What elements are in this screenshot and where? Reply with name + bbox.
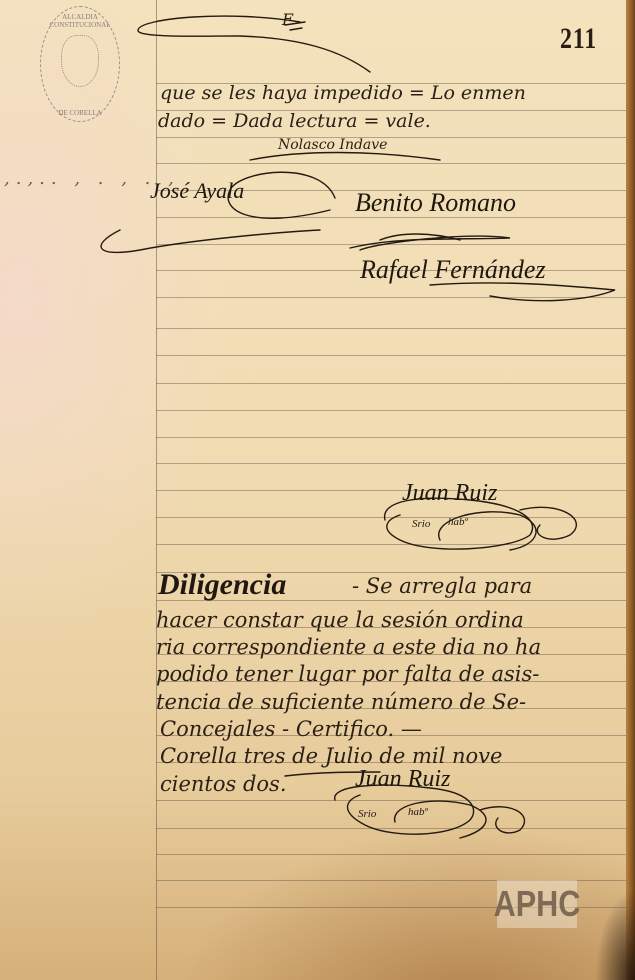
diligencia-line-2: hacer constar que la sesión ordina — [156, 608, 524, 632]
signature-jose-ayala: José Ayala — [150, 178, 244, 204]
ruled-line — [156, 544, 626, 545]
signature-juan-ruiz-1: Juan Ruiz — [402, 480, 497, 507]
signature-benito-romano: Benito Romano — [355, 188, 516, 218]
body-line-1: que se les haya impedido = Lo enmen — [160, 82, 526, 104]
ruled-line — [156, 163, 626, 164]
ruled-line — [156, 297, 626, 298]
signature-rafael-fernandez: Rafael Fernández — [360, 255, 546, 285]
stamp-top-text: ALCALDIA CONSTITUCIONAL — [41, 13, 119, 29]
signature-nolasco-indave: Nolasco Indave — [278, 137, 387, 153]
coat-of-arms-icon — [61, 35, 99, 87]
secretary-title-1: Srio — [412, 518, 430, 530]
ruled-line — [156, 244, 626, 245]
ruled-line — [156, 854, 626, 855]
ruled-line — [156, 437, 626, 438]
ruled-line — [156, 490, 626, 491]
ruled-line — [156, 355, 626, 356]
official-seal-stamp: ALCALDIA CONSTITUCIONAL DE CORELLA — [40, 6, 120, 122]
diligencia-line-6: Concejales - Certifico. — — [160, 717, 422, 741]
diligencia-line-7: Corella tres de Julio de mil nove — [160, 744, 502, 768]
diligencia-line-5: tencia de suficiente número de Se- — [156, 690, 526, 714]
page-number: 211 — [560, 22, 597, 56]
ruled-line — [156, 383, 626, 384]
signature-juan-ruiz-2: Juan Ruiz — [355, 766, 450, 793]
secretary-qualifier-2: habº — [408, 806, 428, 818]
ruled-line — [156, 463, 626, 464]
secretary-title-2: Srio — [358, 808, 376, 820]
ruled-line — [156, 137, 626, 138]
ruled-line — [156, 800, 626, 801]
body-line-2: dado = Dada lectura = vale. — [158, 110, 431, 132]
diligencia-line-3: ria correspondiente a este dia no ha — [156, 635, 541, 659]
bottom-right-shadow — [595, 860, 635, 980]
secretary-qualifier-1: habº — [448, 516, 468, 528]
page-edge — [626, 0, 635, 980]
diligencia-line-8: cientos dos. — [160, 772, 287, 796]
manuscript-page: ALCALDIA CONSTITUCIONAL DE CORELLA 211 ,… — [0, 0, 635, 980]
flourish-mark: F — [282, 10, 293, 29]
ruled-line — [156, 410, 626, 411]
ruled-line — [156, 517, 626, 518]
diligencia-heading: Diligencia — [158, 568, 286, 602]
ruled-line — [156, 828, 626, 829]
aphc-watermark-logo: APHC — [497, 880, 577, 928]
diligencia-line-1: - Se arregla para — [352, 574, 532, 598]
ruled-line — [156, 328, 626, 329]
diligencia-line-4: podido tener lugar por falta de asis- — [156, 662, 539, 686]
stamp-bottom-text: DE CORELLA — [41, 109, 119, 117]
